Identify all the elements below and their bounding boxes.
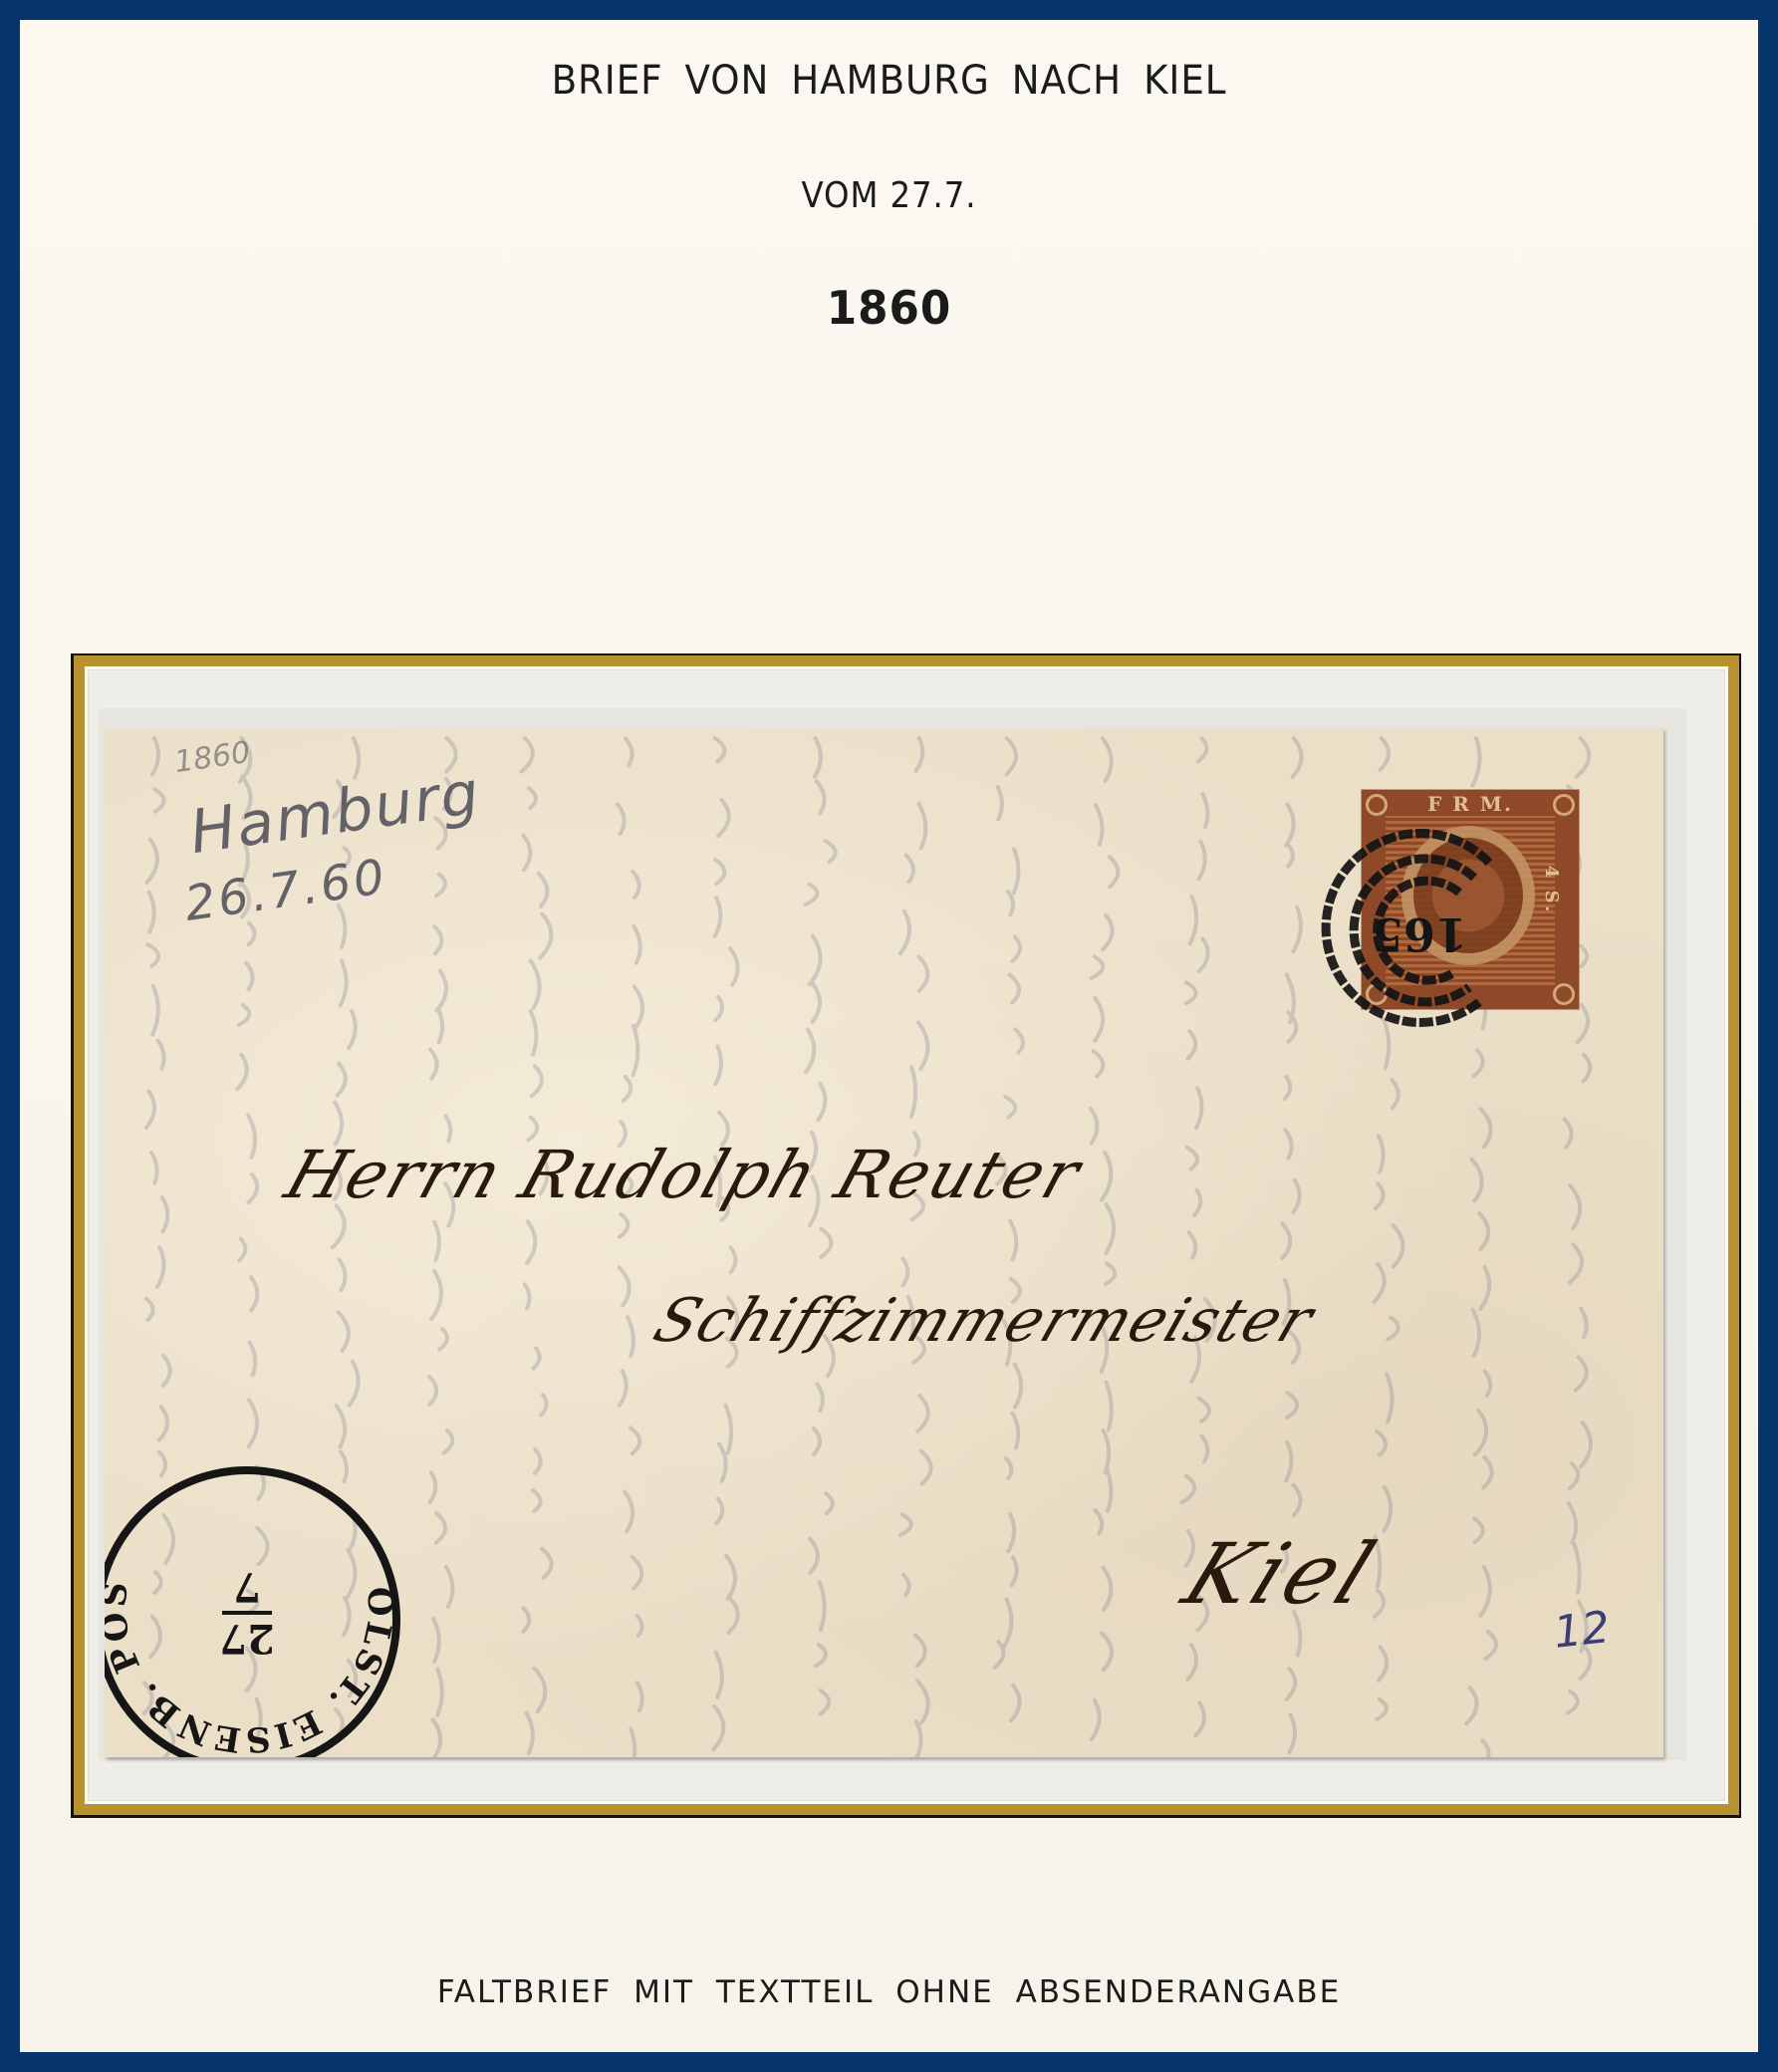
address-name: Herrn Rudolph Reuter [276, 1137, 1091, 1213]
stamp-top-text: F R M. [1362, 792, 1579, 816]
svg-text:165: 165 [1372, 907, 1467, 961]
svg-text:7: 7 [233, 1563, 261, 1610]
page-caption: FALTBRIEF MIT TEXTTEIL OHNE ABSENDERANGA… [0, 1974, 1778, 2010]
page-year: 1860 [45, 281, 1734, 335]
numeral-ring-cancel: 165 [1305, 823, 1534, 1042]
docket-number: 12 [1551, 1602, 1612, 1659]
page-title: BRIEF VON HAMBURG NACH KIEL [62, 58, 1715, 104]
stamp-corner-ornament-icon [1553, 983, 1575, 1005]
address-occupation: Schiffzimmermeister [644, 1286, 1323, 1356]
folded-letter: 1860 Hamburg 26.7.60 F R M. 4 S. 165 Her… [105, 728, 1663, 1757]
circular-datestamp: HOLST. EISENB. POST 27 7 [105, 1455, 411, 1757]
svg-text:27: 27 [219, 1615, 275, 1662]
stamp-value-text: 4 S. [1541, 866, 1562, 914]
stamp-corner-ornament-icon [1553, 794, 1575, 816]
stamp-corner-ornament-icon [1366, 794, 1388, 816]
page-subtitle-date: VOM 27.7. [89, 175, 1689, 216]
